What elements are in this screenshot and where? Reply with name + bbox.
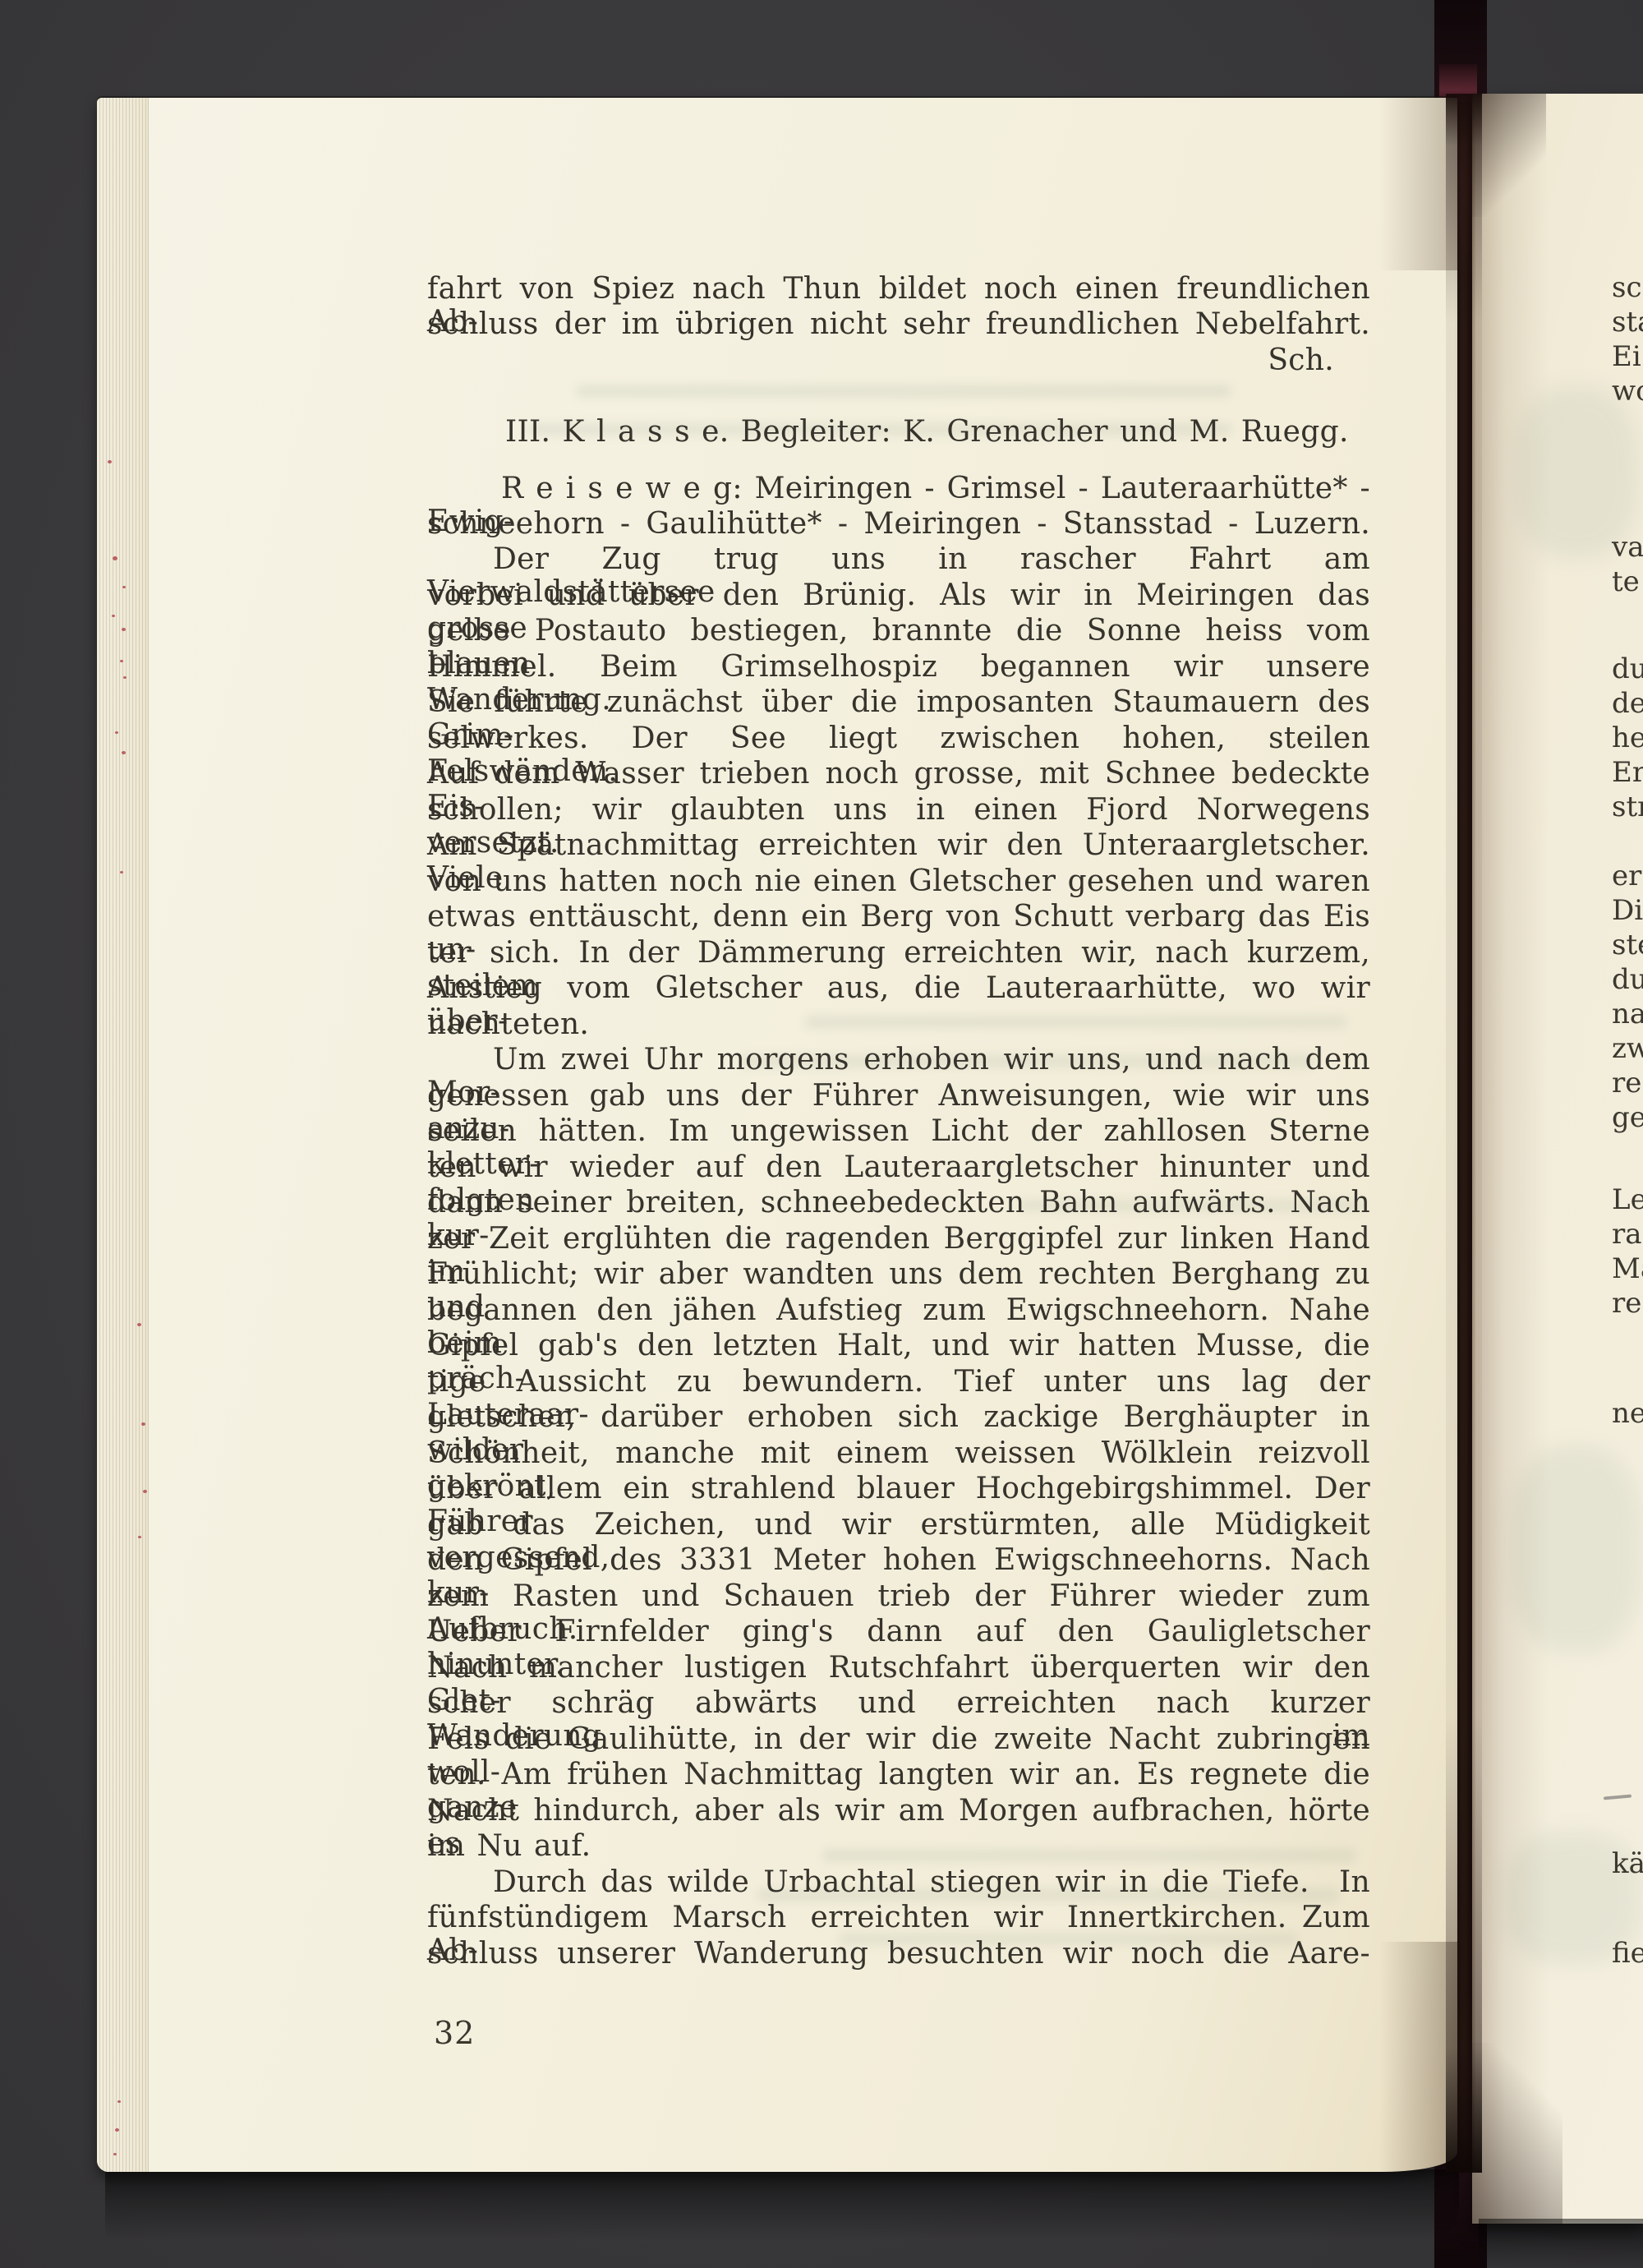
red-edge-speck (115, 731, 118, 734)
bleed-through-line (575, 385, 1232, 398)
right-page-fragment: sta (1612, 306, 1643, 339)
right-page-fragment: re (1612, 1067, 1643, 1099)
right-page-fragment: ste (1612, 929, 1643, 961)
right-page-fragment: ra (1612, 1218, 1643, 1251)
right-page-fragment: Ma (1612, 1252, 1643, 1285)
red-edge-speck (137, 1323, 141, 1326)
red-edge-speck (108, 460, 112, 463)
text-line: Sch. (427, 344, 1370, 377)
right-page-fragment: er (1612, 860, 1643, 892)
red-edge-speck (123, 676, 127, 679)
red-edge-speck (138, 1536, 141, 1538)
right-page-fragment: wo (1612, 375, 1643, 408)
red-edge-speck (117, 2100, 121, 2103)
right-page-drop-shadow (1479, 2219, 1643, 2268)
right-page-top-shadow (1472, 94, 1546, 217)
right-page-fragment: sc (1612, 271, 1643, 304)
text-line: III. K l a s s e. Begleiter: K. Grenache… (427, 416, 1370, 449)
right-page-fragment: re (1612, 1287, 1643, 1320)
text-line: schluss unserer Wanderung besuchten wir … (427, 1938, 1370, 1971)
right-page-fragment: zw (1612, 1032, 1643, 1065)
text-line: von uns hatten noch nie einen Gletscher … (427, 865, 1370, 898)
right-page-fragment: du (1612, 963, 1643, 996)
red-edge-speck (113, 556, 117, 560)
right-page-fragment: de (1612, 687, 1643, 720)
right-page-fragment: Er (1612, 756, 1643, 789)
right-page-fragment: kä (1612, 1847, 1643, 1880)
red-edge-speck (112, 615, 115, 617)
text-line: nachteten. (427, 1008, 1370, 1041)
page-number: 32 (434, 2015, 475, 2051)
red-edge-speck (120, 660, 123, 662)
right-page-bottom-shadow (1472, 2043, 1562, 2224)
bleed-through-blob (1510, 1446, 1641, 1652)
red-edge-speck (122, 628, 126, 631)
red-edge-speck (115, 2128, 119, 2132)
red-edge-speck (113, 2153, 117, 2155)
red-edge-speck (143, 1490, 147, 1493)
right-page-fragment: va (1612, 531, 1643, 564)
red-edge-speck (122, 751, 126, 754)
red-edge-speck (122, 586, 126, 588)
right-page-fragment: Le (1612, 1183, 1643, 1216)
text-line: Durch das wilde Urbachtal stiegen wir in… (427, 1866, 1370, 1899)
right-page-fragment: ge (1612, 1101, 1643, 1134)
left-page-drop-shadow (105, 2169, 1459, 2240)
gutter-shadow (1446, 94, 1482, 2173)
right-page-fragment: na (1612, 998, 1643, 1030)
right-page-fragment: fie (1612, 1937, 1643, 1970)
text-line: schluss der im übrigen nicht sehr freund… (427, 308, 1370, 341)
scanned-book-spread: { "book": { "colors": { "background": "#… (0, 0, 1643, 2268)
right-page-fragment: he (1612, 721, 1643, 754)
right-page-fragment: te (1612, 565, 1643, 598)
text-line: schneehorn - Gaulihütte* - Meiringen - S… (427, 508, 1370, 541)
right-page-fragment: str (1612, 791, 1643, 823)
text-line: im Nu auf. (427, 1830, 1370, 1863)
fore-edge-page-stack (97, 98, 149, 2172)
right-page-fragment: ne (1612, 1397, 1643, 1430)
red-edge-speck (141, 1422, 145, 1426)
red-edge-speck (120, 871, 123, 874)
right-page-fragment: Ei (1612, 340, 1643, 373)
right-page-fragment: Di (1612, 894, 1643, 927)
right-page-fragment: du (1612, 652, 1643, 685)
